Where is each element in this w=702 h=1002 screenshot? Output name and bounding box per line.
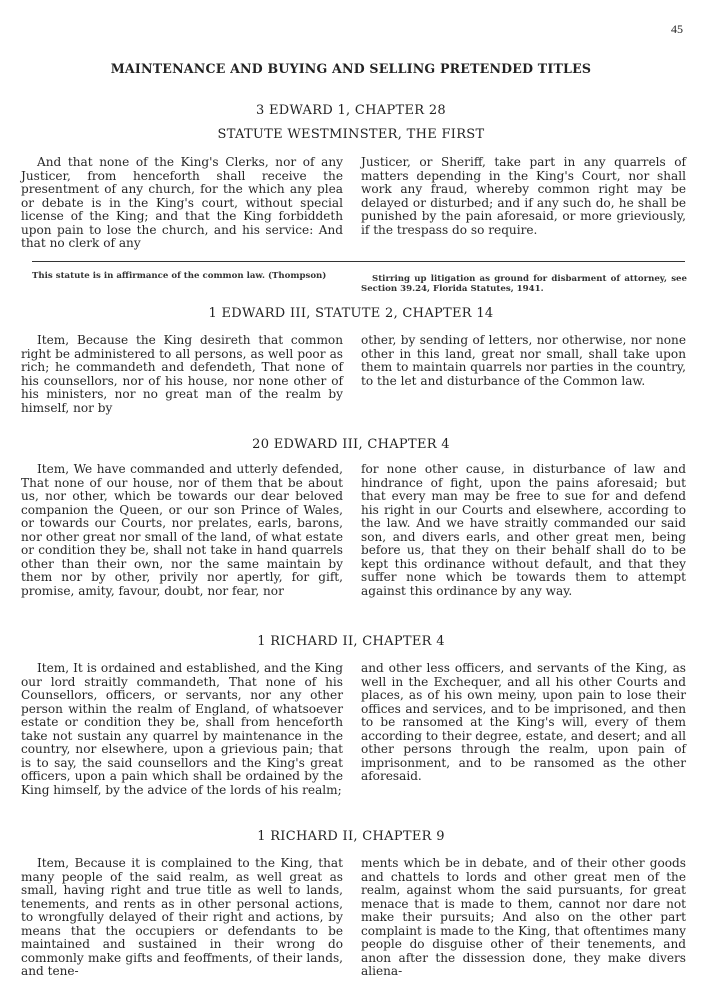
footnote-left: This statute is in affirmance of the com… [21, 272, 339, 282]
section-subheading: STATUTE WESTMINSTER, THE FIRST [0, 127, 702, 142]
page-number: 45 [671, 22, 683, 37]
column-left: Item, Because the King desireth that com… [21, 334, 343, 415]
section-heading: 1 EDWARD III, STATUTE 2, CHAPTER 14 [0, 306, 702, 321]
section-heading: 3 EDWARD 1, CHAPTER 28 [0, 103, 702, 118]
section-heading: 20 EDWARD III, CHAPTER 4 [0, 437, 702, 452]
column-left: Item, It is ordained and established, an… [21, 662, 343, 797]
column-left: And that none of the King's Clerks, nor … [21, 156, 343, 251]
section-heading: 1 RICHARD II, CHAPTER 4 [0, 634, 702, 649]
column-right: and other less officers, and servants of… [361, 662, 686, 784]
running-head: MAINTENANCE AND BUYING AND SELLING PRETE… [0, 61, 702, 76]
column-right: ments which be in debate, and of their o… [361, 857, 686, 979]
column-left: Item, Because it is complained to the Ki… [21, 857, 343, 979]
footnote-rule [32, 261, 685, 263]
column-right: other, by sending of letters, nor otherw… [361, 334, 686, 388]
section-heading: 1 RICHARD II, CHAPTER 9 [0, 829, 702, 844]
column-left: Item, We have commanded and utterly defe… [21, 463, 343, 598]
footnote-right: Stirring up litigation as ground for dis… [361, 275, 687, 294]
column-right: Justicer, or Sheriff, take part in any q… [361, 156, 686, 237]
column-right: for none other cause, in disturbance of … [361, 463, 686, 598]
